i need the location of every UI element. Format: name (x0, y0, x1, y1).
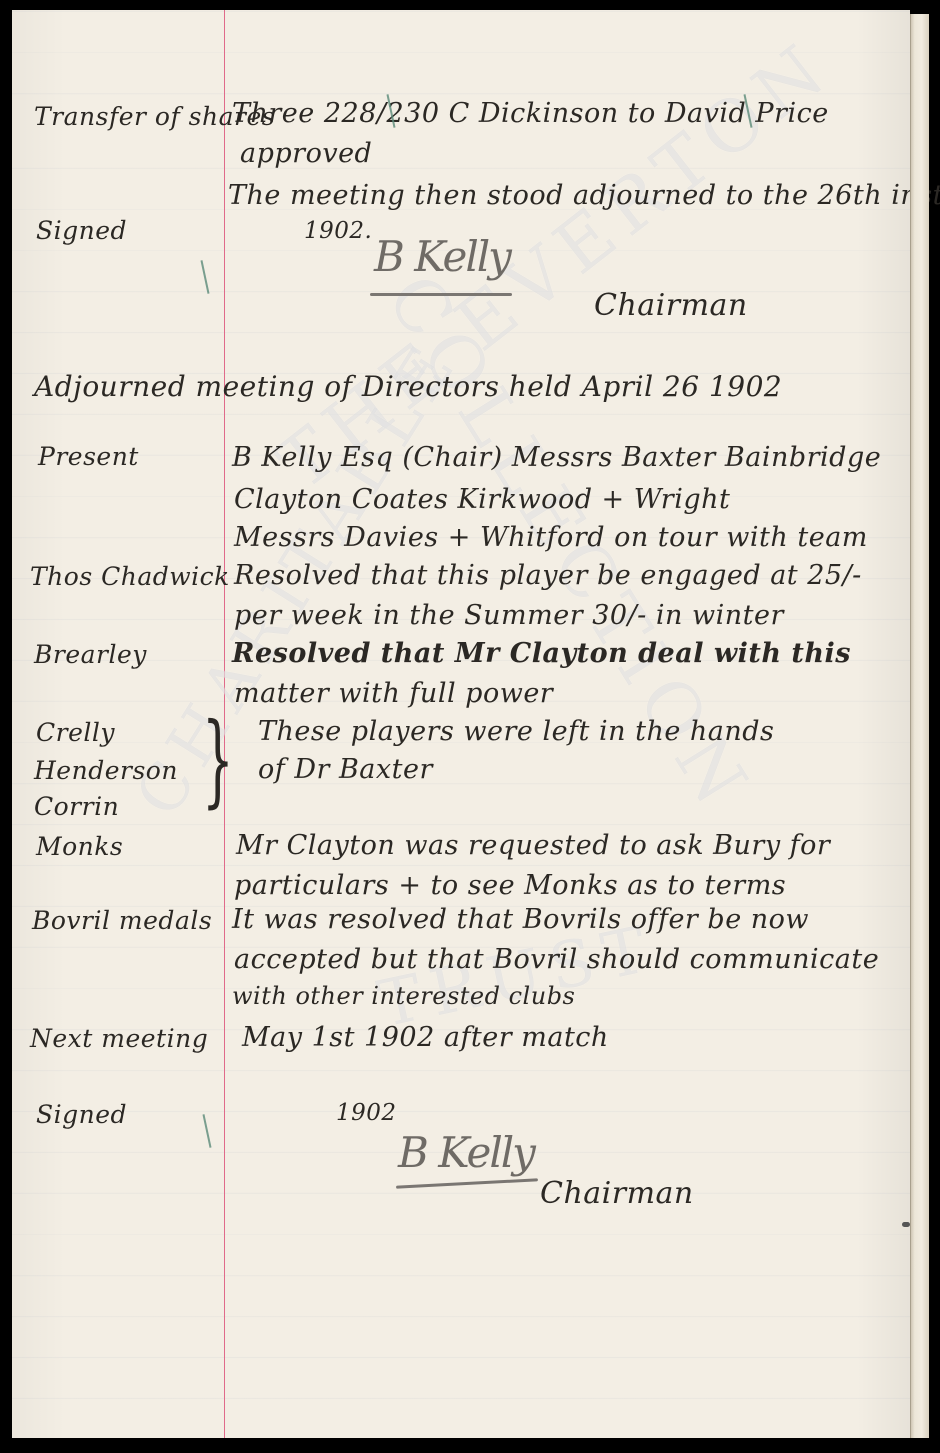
entry-text: accepted but that Bovril should communic… (234, 944, 879, 975)
binding-mark (902, 1222, 910, 1227)
margin-label-monks: Monks (36, 832, 123, 861)
entry-text: May 1st 1902 after match (242, 1022, 609, 1053)
entry-text: Clayton Coates Kirkwood + Wright (234, 484, 730, 515)
margin-label-chadwick: Thos Chadwick (30, 562, 230, 591)
margin-label-next-meeting: Next meeting (30, 1024, 208, 1053)
book-page-edge (910, 14, 929, 1438)
entry-text: B Kelly Esq (Chair) Messrs Baxter Bainbr… (232, 442, 881, 473)
signature-role: Chairman (540, 1176, 694, 1211)
entry-text: Three 228/230 C Dickinson to David Price (232, 98, 829, 129)
chairman-signature: B Kelly (374, 232, 510, 281)
signature-year: 1902 (336, 1100, 397, 1126)
margin-label-bovril: Bovril medals (32, 906, 212, 935)
curly-brace-icon: } (202, 710, 234, 810)
entry-text: Resolved that Mr Clayton deal with this (232, 638, 851, 669)
entry-text: It was resolved that Bovrils offer be no… (232, 904, 809, 935)
margin-label-player: Corrin (34, 792, 119, 821)
ledger-page: THE EVERTON COLLECTION CHARITABLE TRUST … (12, 10, 910, 1438)
margin-label-present: Present (38, 442, 139, 471)
margin-label-signed: Signed (36, 216, 127, 245)
entry-text: These players were left in the hands (258, 716, 774, 747)
margin-label-player: Crelly (36, 718, 115, 747)
entry-text: Messrs Davies + Whitford on tour with te… (234, 522, 868, 553)
entry-text: of Dr Baxter (258, 754, 433, 785)
margin-label-signed: Signed (36, 1100, 127, 1129)
entry-text: Resolved that this player be engaged at … (234, 560, 862, 591)
margin-label-brearley: Brearley (34, 640, 147, 669)
entry-text: 1902. (304, 218, 372, 244)
entry-text: The meeting then stood adjourned to the … (228, 180, 940, 211)
entry-text: approved (240, 138, 372, 169)
entry-text: Mr Clayton was requested to ask Bury for (236, 830, 830, 861)
margin-label-player: Henderson (34, 756, 178, 785)
entry-text: with other interested clubs (232, 982, 575, 1010)
entry-text: matter with full power (234, 678, 553, 709)
signature-role: Chairman (594, 288, 748, 323)
chairman-signature: B Kelly (398, 1128, 534, 1177)
entry-text: particulars + to see Monks as to terms (234, 870, 786, 901)
meeting-heading: Adjourned meeting of Directors held Apri… (34, 370, 782, 403)
entry-text: per week in the Summer 30/- in winter (234, 600, 784, 631)
signature-underline (370, 293, 512, 296)
